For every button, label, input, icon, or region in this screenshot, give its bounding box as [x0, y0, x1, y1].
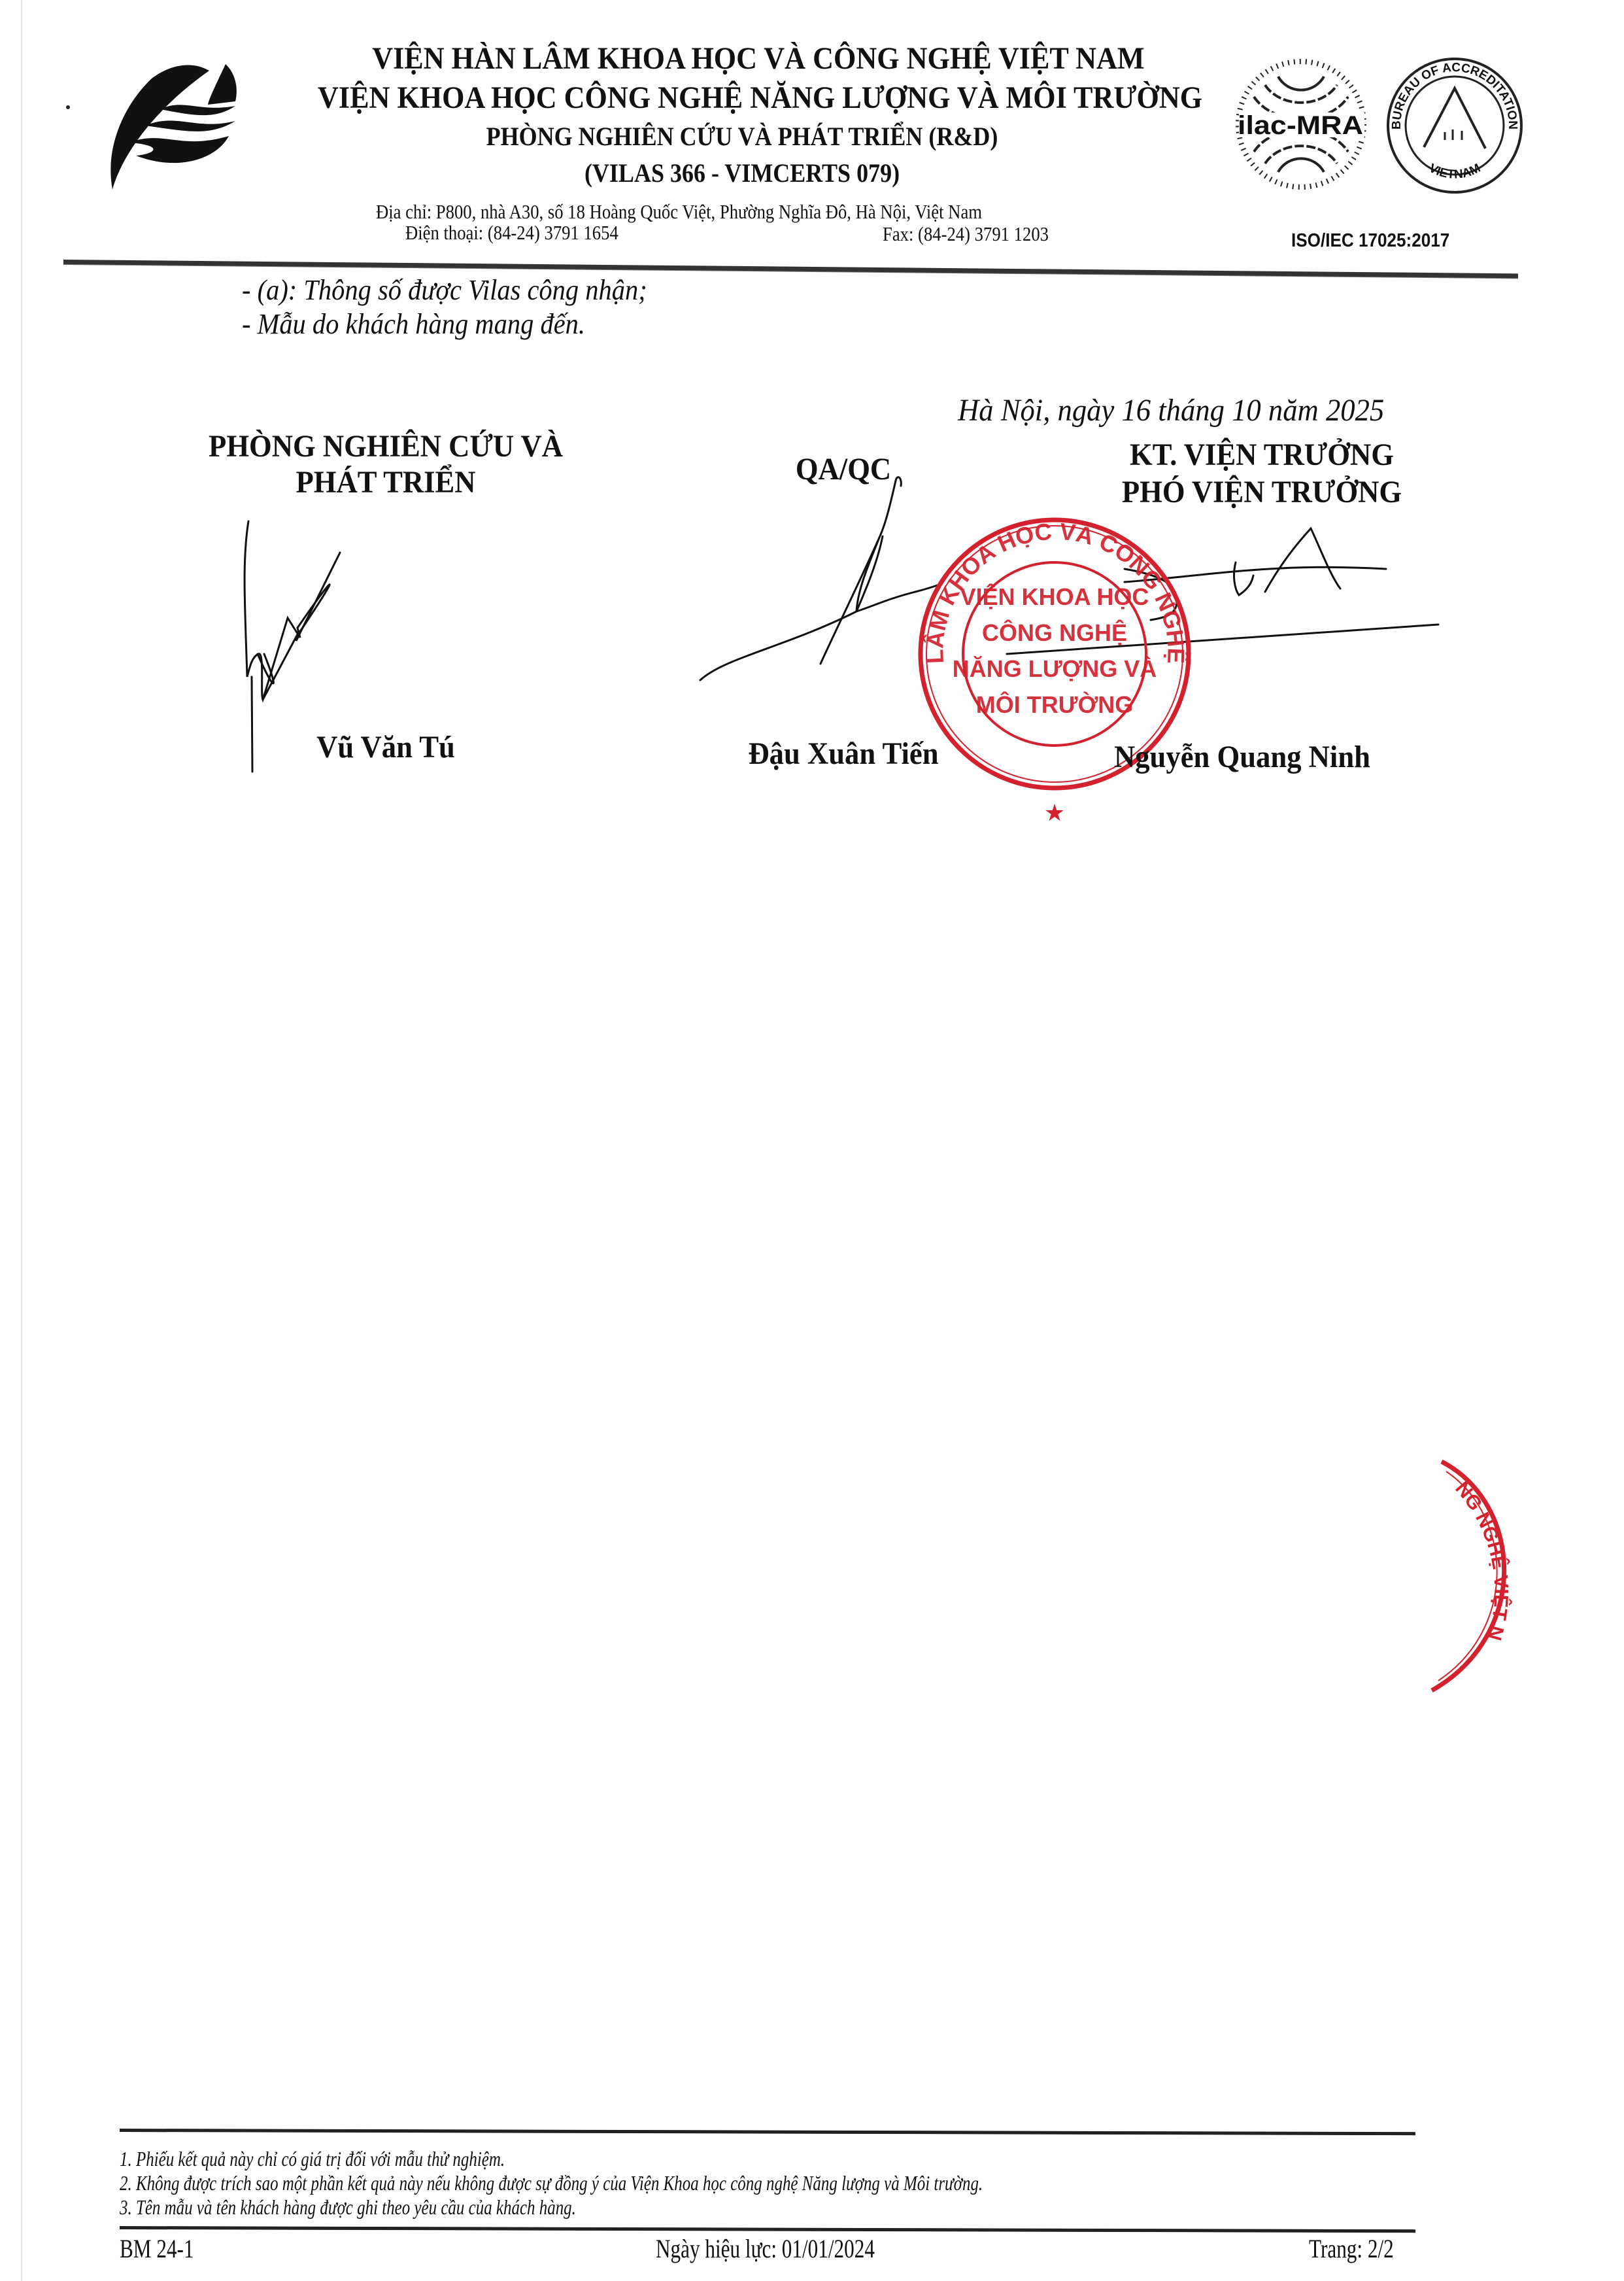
ilac-mra-text: ilac-MRA: [1238, 111, 1363, 140]
footer-note: 3. Tên mẫu và tên khách hàng được ghi th…: [120, 2195, 576, 2220]
page-number: Trang: 2/2: [1309, 2233, 1394, 2264]
edge-seal-stamp: [1432, 1462, 1504, 1690]
signer-title-rd: PHÒNG NGHIÊN CỨU VÀ: [197, 428, 575, 464]
effective-date: Ngày hiệu lực: 01/01/2024: [656, 2233, 875, 2264]
signature-dau-xuan-tien: [700, 477, 941, 680]
edge-seal-text: NG NGHỆ VIỆT N: [1451, 1478, 1512, 1643]
institute-logo-icon: [66, 64, 237, 190]
fax-line: Fax: (84-24) 3791 1203: [883, 222, 1049, 246]
footer-note: 2. Không được trích sao một phần kết quả…: [120, 2171, 983, 2195]
stamp-inner-line: VIỆN KHOA HỌC: [960, 583, 1149, 610]
address-line: Địa chỉ: P800, nhà A30, số 18 Hoàng Quốc…: [376, 200, 982, 224]
signer-name-qaqc: Đậu Xuân Tiến: [703, 736, 983, 772]
note-sample-source: - Mẫu do khách hàng mang đến.: [242, 307, 585, 341]
org-line-academy: VIỆN HÀN LÂM KHOA HỌC VÀ CÔNG NGHỆ VIỆT …: [372, 41, 1112, 77]
signer-title-qaqc: QA/QC: [753, 451, 935, 487]
signer-title-rd: PHÁT TRIỂN: [197, 464, 575, 500]
stamp-inner-line: CÔNG NGHỆ: [982, 619, 1127, 646]
phone-line: Điện thoại: (84-24) 3791 1654: [405, 221, 618, 245]
graphics-layer: ilac-MRA BUREAU OF ACCREDITATION VIETNAM: [0, 0, 1624, 2281]
org-line-institute: VIỆN KHOA HỌC CÔNG NGHỆ NĂNG LƯỢNG VÀ MÔ…: [318, 80, 1160, 116]
signature-nguyen-quang-ninh: [1007, 528, 1438, 654]
footer-divider-bottom: [120, 2226, 1415, 2233]
note-vilas: - (a): Thông số được Vilas công nhận;: [242, 273, 647, 307]
ilac-mra-logo-icon: [1238, 61, 1364, 187]
boa-accreditation-logo-icon: [1388, 59, 1521, 192]
footer-note: 1. Phiếu kết quả này chỉ có giá trị đối …: [120, 2147, 505, 2171]
stamp-star-icon: ★: [1044, 800, 1065, 826]
signer-title-director: PHÓ VIỆN TRƯỞNG: [1074, 474, 1451, 510]
org-line-certifications: (VILAS 366 - VIMCERTS 079): [381, 158, 1104, 188]
signer-title-director: KT. VIỆN TRƯỞNG: [1074, 437, 1451, 473]
signing-date: Hà Nội, ngày 16 tháng 10 năm 2025: [958, 392, 1384, 428]
signer-name-director: Nguyễn Quang Ninh: [1084, 739, 1400, 775]
stamp-inner-line: MÔI TRƯỜNG: [976, 691, 1134, 718]
boa-top-text: BUREAU OF ACCREDITATION: [1390, 61, 1519, 129]
iso-standard-label: ISO/IEC 17025:2017: [1291, 230, 1449, 252]
stamp-inner-line: NĂNG LƯỢNG VÀ: [953, 655, 1157, 682]
boa-bottom-text: VIETNAM: [1427, 162, 1483, 182]
org-line-department: PHÒNG NGHIÊN CỨU VÀ PHÁT TRIỂN (R&D): [381, 121, 1104, 152]
footer-divider-top: [120, 2129, 1415, 2135]
scan-edge: [21, 0, 22, 2281]
form-code: BM 24-1: [120, 2233, 194, 2264]
signer-name-rd: Vũ Văn Tú: [228, 729, 544, 765]
